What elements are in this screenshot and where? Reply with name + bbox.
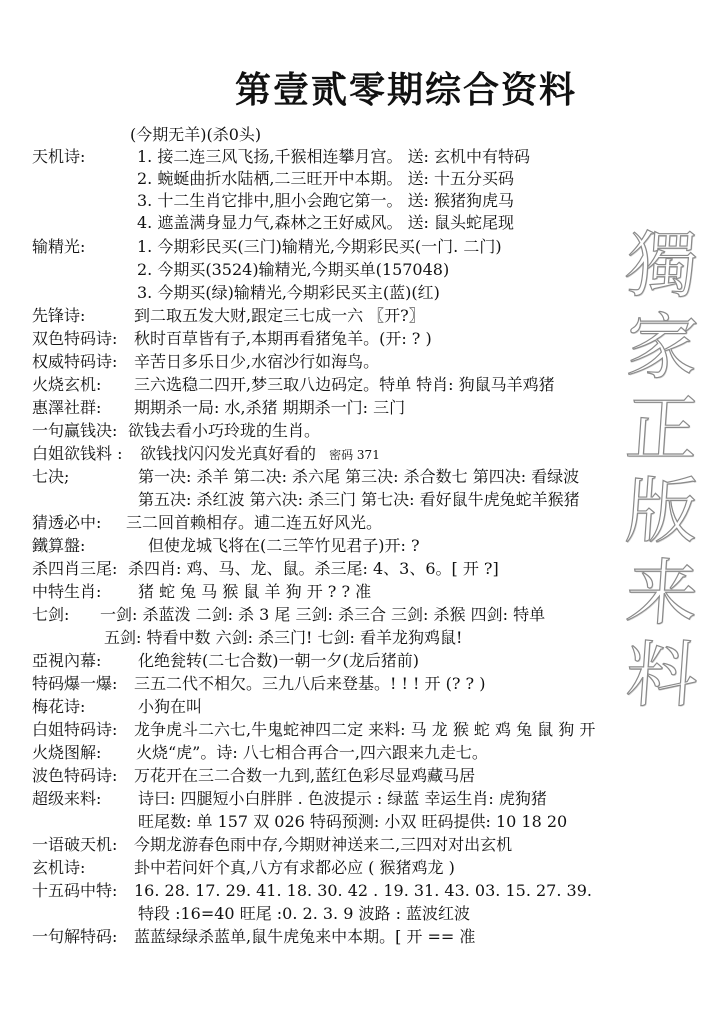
tiesuanpan-text: 但使龙城飞将在(二三竿竹见君子)开: ?: [148, 535, 420, 557]
qijian-line-2: 五剑: 特看中数 六剑: 杀三门! 七剑: 看羊龙狗鸡鼠!: [104, 627, 462, 649]
temabao-text: 三五二代不相欠。三九八后来登基。! ! ! 开 (? ? ): [134, 673, 485, 695]
watermark-exclusive: 獨 家 正 版 来 料: [612, 225, 712, 717]
shujingguang-line-2: 2. 今期买(3524)输精光,今期买单(157048): [137, 259, 449, 281]
label-sha-sixiao: 杀四肖三尾:: [32, 558, 117, 580]
label-qijue: 七决;: [32, 466, 69, 488]
qijue-line-2: 第五决: 杀红波 第六决: 杀三门 第七决: 看好鼠牛虎兔蛇羊猴猪: [138, 489, 580, 511]
label-yiyu: 一语破天机:: [32, 834, 117, 856]
quanwei-text: 辛苦日多乐日少,水宿沙行如海鸟。: [134, 351, 379, 373]
subtitle: (今期无羊)(杀0头): [130, 124, 261, 146]
chaoji-line-2: 旺尾数: 单 157 双 026 特码预测: 小双 旺码提供: 10 18 20: [138, 811, 567, 833]
shujingguang-line-1: 1. 今期彩民买(三门)输精光,今期彩民买(一门. 二门): [137, 236, 502, 258]
qijian-line-1: 一剑: 杀蓝泼 二剑: 杀 3 尾 三剑: 杀三合 三剑: 杀猴 四剑: 特单: [100, 604, 545, 626]
watermark-char: 版: [623, 471, 701, 553]
shiwuma-line-1: 16. 28. 17. 29. 41. 18. 30. 42 . 19. 31.…: [134, 880, 592, 902]
watermark-char: 家: [623, 307, 701, 389]
password-code: 密码 371: [329, 448, 380, 462]
label-yiju-yingqian: 一句赢钱决:: [32, 420, 117, 442]
label-huize: 惠澤社群:: [32, 397, 101, 419]
huoshao-xuanji-text: 三六选稳二四开,梦三取八边码定。特单 特肖: 狗鼠马羊鸡猪: [134, 374, 555, 396]
baijie-yuqian-text: 欲钱找闪闪发光真好看的 密码 371: [140, 443, 380, 466]
huize-text: 期期杀一局: 水,杀猪 期期杀一门: 三门: [134, 397, 405, 419]
meihua-text: 小狗在叫: [138, 696, 202, 718]
xianfeng-text: 到二取五发大财,跟定三七成一六 〖开?〗: [134, 305, 425, 327]
label-shiwuma: 十五码中特:: [32, 880, 117, 902]
yiju-jie-text: 蓝蓝绿绿杀蓝单,鼠牛虎兔来中本期。[ 开 == 准: [134, 926, 475, 948]
shiwuma-line-2: 特段 :16=40 旺尾 :0. 2. 3. 9 波路 : 蓝波红波: [138, 903, 470, 925]
chaoji-line-1: 诗曰: 四腿短小白胖胖 . 色波提示 : 绿蓝 幸运生肖: 虎狗猪: [138, 788, 547, 810]
label-temabao: 特码爆一爆:: [32, 673, 117, 695]
label-meihua: 梅花诗:: [32, 696, 85, 718]
tianji-line-2: 2. 蜿蜒曲折水陆栖,二三旺开中本期。 送: 十五分买码: [137, 168, 514, 190]
watermark-char: 正: [623, 389, 701, 471]
shuangse-text: 秋时百草皆有子,本期再看猪兔羊。(开: ? ): [134, 328, 432, 350]
tianji-line-1: 1. 接二连三风飞扬,千猴相连攀月宫。 送: 玄机中有特码: [137, 146, 530, 168]
label-huoshao-xuanji: 火烧玄机:: [32, 374, 101, 396]
label-yashi: 亞視內幕:: [32, 650, 101, 672]
qijue-line-1: 第一决: 杀羊 第二决: 杀六尾 第三决: 杀合数七 第四决: 看绿波: [138, 466, 579, 488]
shujingguang-line-3: 3. 今期买(绿)输精光,今期彩民买主(蓝)(红): [137, 282, 440, 304]
label-xianfeng: 先锋诗:: [32, 305, 85, 327]
label-qijian: 七剑:: [32, 604, 69, 626]
label-chaoji: 超级来料:: [32, 788, 101, 810]
huoshao-tujie-text: 火烧“虎”。诗: 八七相合再合一,四六跟来九走七。: [136, 742, 488, 764]
zhongte-text: 猪 蛇 兔 马 猴 鼠 羊 狗 开 ? ? 准: [138, 581, 371, 603]
tianji-line-3: 3. 十二生肖它排中,胆小会跑它第一。 送: 猴猪狗虎马: [137, 190, 514, 212]
label-shuangse: 双色特码诗:: [32, 328, 117, 350]
yashi-text: 化绝瓮转(二七合数)一朝一夕(龙后猪前): [138, 650, 419, 672]
sha-sixiao-text: 杀四肖: 鸡、马、龙、鼠。杀三尾: 4、3、6。[ 开 ?]: [128, 558, 499, 580]
baijie-tema-text: 龙争虎斗二六七,牛鬼蛇神四二定 来料: 马 龙 猴 蛇 鸡 兔 鼠 狗 开: [134, 719, 595, 741]
label-yiju-jie: 一句解特码:: [32, 926, 117, 948]
label-huoshao-tujie: 火烧图解:: [32, 742, 101, 764]
watermark-char: 獨: [623, 225, 701, 307]
label-shujingguang: 输精光:: [32, 236, 85, 258]
xuanji-text: 卦中若问奸个真,八方有求都必应 ( 猴猪鸡龙 ): [134, 857, 455, 879]
label-baijie-yuqian: 白姐欲钱料 :: [32, 443, 122, 465]
watermark-char: 来: [623, 553, 701, 635]
label-tianji: 天机诗:: [32, 146, 85, 168]
watermark-char: 料: [623, 635, 701, 717]
label-bose: 波色特码诗:: [32, 765, 117, 787]
bose-text: 万花开在三二合数一九到,蓝红色彩尽显鸡藏马居: [134, 765, 475, 787]
label-quanwei: 权威特码诗:: [32, 351, 117, 373]
baijie-yuqian-main: 欲钱找闪闪发光真好看的: [140, 444, 316, 463]
label-zhongte: 中特生肖:: [32, 581, 101, 603]
label-baijie-tema: 白姐特码诗:: [32, 719, 117, 741]
yiju-yingqian-text: 欲钱去看小巧玲珑的生肖。: [128, 420, 320, 442]
page-title: 第壹贰零期综合资料: [235, 62, 577, 113]
label-caitou: 猜透必中:: [32, 512, 101, 534]
yiyu-text: 今期龙游春色雨中存,今期财神送来二,三四对对出玄机: [134, 834, 512, 856]
label-tiesuanpan: 鐵算盤:: [32, 535, 85, 557]
tianji-line-4: 4. 遮盖满身显力气,森林之王好威风。 送: 鼠头蛇尾现: [137, 212, 514, 234]
label-xuanji: 玄机诗:: [32, 857, 85, 879]
caitou-text: 三二回首赖相存。逋二连五好风光。: [126, 512, 382, 534]
